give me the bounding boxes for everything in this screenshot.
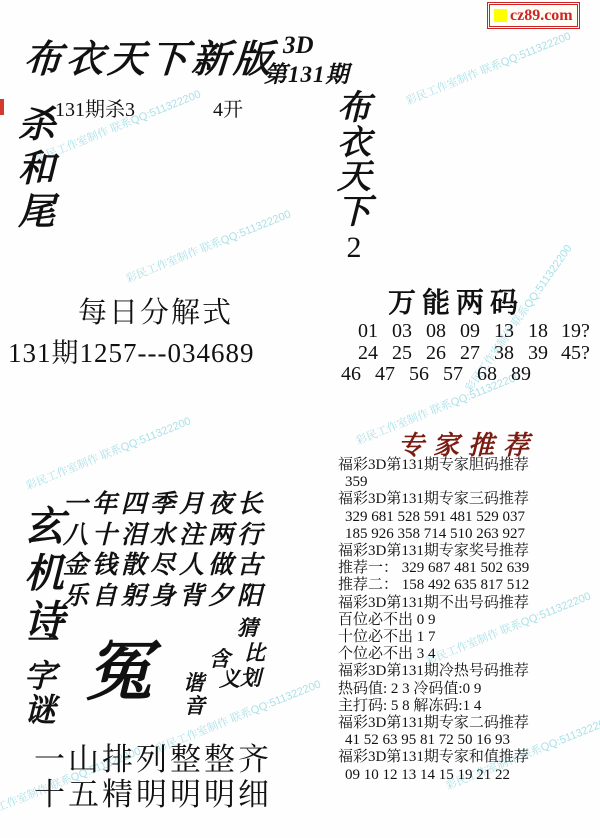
code-value: 27 — [459, 343, 481, 365]
poem-line: 一年四季月夜长 — [63, 490, 266, 521]
code-value: 26 — [425, 343, 447, 365]
watermark-text: 彩民工作室制作 联系QQ:511322200 — [403, 28, 573, 109]
issue-label: 第131期 — [264, 56, 350, 89]
brand-char: 布 — [337, 92, 371, 127]
expert-line: 185 926 358 714 510 263 927 — [338, 526, 600, 543]
code-value: 57 — [442, 364, 464, 386]
poem-line: 乐自躬身背夕阳 — [63, 582, 266, 613]
two-codes-title: 万能两码 — [388, 281, 524, 321]
code-value: 45? — [561, 343, 590, 365]
expert-line: 推荐二： 158 492 635 817 512 — [338, 577, 600, 594]
riddle-hint-char: 义 — [219, 669, 240, 690]
code-value: 38 — [493, 343, 515, 365]
expert-line: 十位必不出 1 7 — [338, 629, 600, 646]
poem-label-char: 玄 — [24, 503, 64, 550]
expert-line: 09 10 12 13 14 15 19 21 22 — [338, 767, 600, 784]
expert-line: 热码值: 2 3 冷码值:0 9 — [338, 681, 600, 698]
code-value: 19? — [561, 321, 590, 343]
code-value: 18 — [527, 321, 549, 343]
daily-formula-value: 131期1257---034689 — [8, 331, 254, 370]
kill-tail-char: 杀 — [18, 104, 55, 148]
code-value: 89 — [510, 364, 532, 386]
expert-line: 主打码: 5 8 解冻码:1 4 — [338, 698, 600, 715]
expert-line: 福彩3D第131期冷热号码推荐 — [338, 663, 600, 680]
expert-line: 个位必不出 3 4 — [338, 646, 600, 663]
expert-line: 推荐一： 329 687 481 502 639 — [338, 560, 600, 577]
lottery-sheet: 彩民工作室制作 联系QQ:511322200 彩民工作室制作 联系QQ:5113… — [0, 0, 600, 838]
riddle-label-char: 一 — [24, 624, 56, 659]
two-codes-row: 46 47 56 57 68 89 — [340, 364, 590, 386]
expert-line: 359 — [338, 474, 600, 491]
daily-formula-title: 每日分解式 — [78, 290, 233, 331]
open-count-label: 4开 — [213, 93, 243, 122]
brand-char: 下 — [337, 196, 371, 231]
brand-char: 天 — [337, 161, 371, 196]
code-value: 68 — [476, 364, 498, 386]
riddle-hint-char: 比 — [244, 643, 265, 664]
footer-poem: 一山排列整整齐 十五精明明明细 — [34, 742, 272, 812]
code-value: 03 — [391, 321, 413, 343]
code-value: 47 — [374, 364, 396, 386]
riddle-label-char: 字 — [24, 659, 56, 694]
expert-line: 福彩3D第131期专家三码推荐 — [338, 491, 600, 508]
footer-poem-line: 一山排列整整齐 — [34, 742, 272, 777]
riddle-label-char: 谜 — [24, 693, 56, 728]
kill-tail-char: 尾 — [18, 191, 55, 235]
expert-line: 329 681 528 591 481 529 037 — [338, 509, 600, 526]
yellow-square-icon — [494, 9, 507, 22]
riddle-hint-char: 猜 — [237, 618, 258, 639]
expert-line: 41 52 63 95 81 72 50 16 93 — [338, 732, 600, 749]
expert-recommendations: 福彩3D第131期专家胆码推荐 359 福彩3D第131期专家三码推荐 329 … — [338, 457, 600, 784]
expert-line: 福彩3D第131期专家和值推荐 — [338, 749, 600, 766]
two-codes-row: 24 25 26 27 38 39 45? — [340, 343, 590, 365]
poem-line: 金钱散尽人做古 — [63, 551, 266, 582]
site-badge-inner: cz89.com — [489, 4, 578, 27]
footer-poem-line: 十五精明明明细 — [34, 777, 272, 812]
red-edge-mark — [0, 99, 4, 115]
expert-line: 福彩3D第131期专家二码推荐 — [338, 715, 600, 732]
riddle-vertical-label: 一 字 谜 — [24, 624, 56, 728]
site-badge: cz89.com — [487, 2, 580, 29]
code-value: 24 — [357, 343, 379, 365]
expert-line: 福彩3D第131期专家胆码推荐 — [338, 457, 600, 474]
expert-line: 福彩3D第131期专家奖号推荐 — [338, 543, 600, 560]
code-value: 09 — [459, 321, 481, 343]
riddle-hint-char: 谐 — [183, 673, 204, 694]
brand-vertical-label: 布 衣 天 下 2 — [337, 92, 371, 264]
code-value: 01 — [357, 321, 379, 343]
code-value: 08 — [425, 321, 447, 343]
kill-number-line: 131期杀3 — [55, 93, 135, 122]
mystery-poem: 一年四季月夜长 八十泪水注两行 金钱散尽人做古 乐自躬身背夕阳 — [63, 490, 266, 612]
brand-number: 2 — [347, 231, 362, 264]
poem-label-char: 机 — [24, 550, 64, 597]
code-value: 46 — [340, 364, 362, 386]
watermark-text: 彩民工作室制作 联系QQ:511322200 — [123, 206, 293, 287]
page-title: 布衣天下新版 — [22, 28, 278, 83]
riddle-answer-character: 冤 — [86, 640, 152, 706]
code-value: 25 — [391, 343, 413, 365]
riddle-hint-char: 划 — [240, 668, 261, 689]
kill-tail-vertical-label: 杀 和 尾 — [18, 104, 55, 235]
two-codes-grid: 01 03 08 09 13 18 19? 24 25 26 27 38 39 … — [340, 321, 590, 386]
watermark-text: 彩民工作室制作 联系QQ:511322200 — [23, 413, 193, 494]
code-value: 56 — [408, 364, 430, 386]
expert-line: 福彩3D第131期不出号码推荐 — [338, 595, 600, 612]
riddle-hint-char: 音 — [184, 696, 205, 717]
poem-line: 八十泪水注两行 — [63, 521, 266, 552]
code-value: 39 — [527, 343, 549, 365]
brand-char: 衣 — [337, 127, 371, 162]
expert-line: 百位必不出 0 9 — [338, 612, 600, 629]
site-badge-label: cz89.com — [510, 8, 573, 24]
kill-tail-char: 和 — [18, 148, 55, 192]
two-codes-row: 01 03 08 09 13 18 19? — [340, 321, 590, 343]
code-value: 13 — [493, 321, 515, 343]
